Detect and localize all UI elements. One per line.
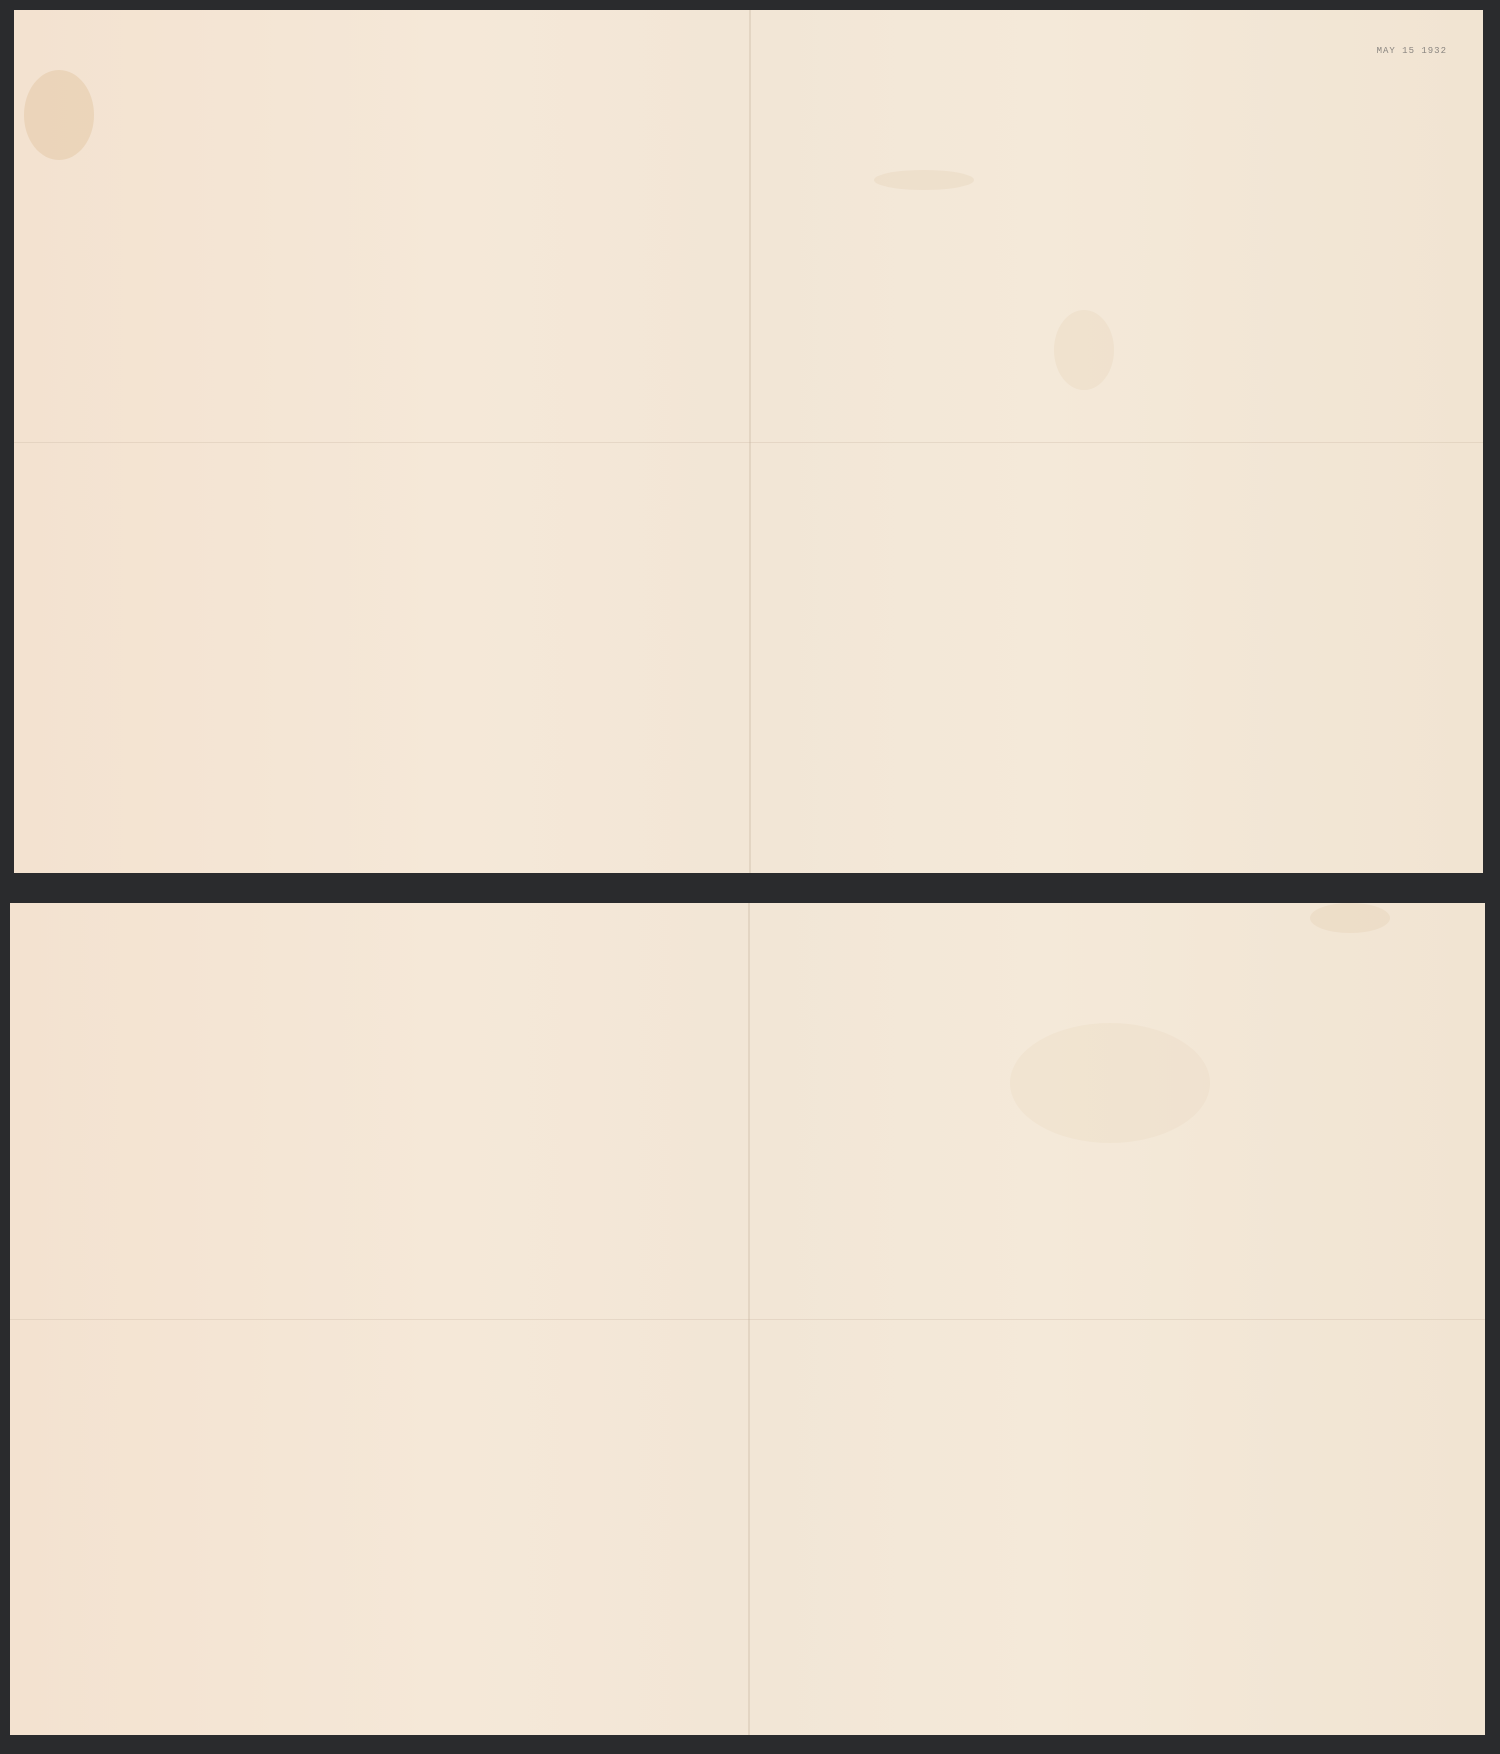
stain (874, 170, 974, 190)
stain (1010, 1023, 1210, 1143)
stain (1054, 310, 1114, 390)
date-stamp: MAY 15 1932 (1377, 46, 1447, 56)
horizontal-fold (14, 442, 1483, 443)
top-sheet: MAY 15 1932 (14, 10, 1483, 873)
horizontal-fold (10, 1319, 1485, 1320)
stain (1310, 903, 1390, 933)
stain (24, 70, 94, 160)
bottom-sheet (10, 903, 1485, 1735)
